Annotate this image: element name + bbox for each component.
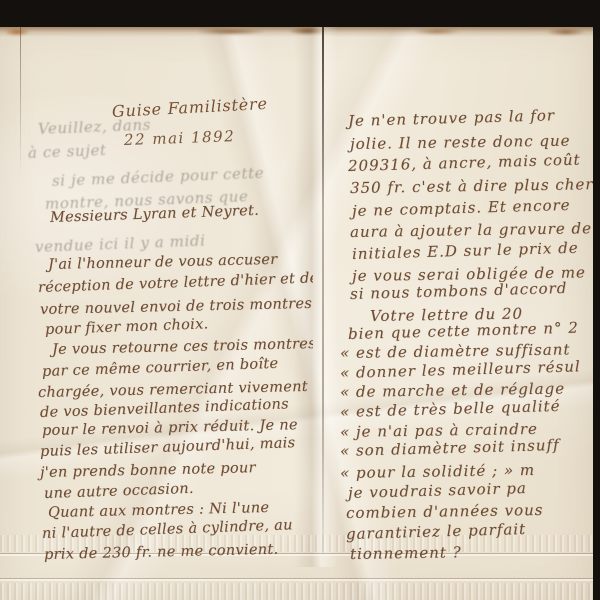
letter-line: je voudrais savoir pa bbox=[348, 479, 527, 502]
letter-line: 209316, à ancre, mais coût bbox=[348, 151, 581, 175]
letter-line: votre nouvel envoi de trois montres bbox=[40, 296, 312, 318]
letter-place-line: Guise Familistère bbox=[112, 94, 269, 121]
letter-line: je ne comptais. Et encore bbox=[352, 196, 571, 220]
pencil-line: si je me décide pour cette bbox=[52, 164, 265, 190]
letter-line: Je n'en trouve pas la for bbox=[348, 106, 555, 130]
rust-spot bbox=[196, 28, 266, 35]
rust-spot bbox=[4, 28, 30, 36]
letter-line: Je vous retourne ces trois montres bbox=[52, 336, 313, 358]
letter-date-line: 22 mai 1892 bbox=[124, 127, 236, 149]
letter-line: tionnement ? bbox=[350, 543, 462, 563]
letter-line: initiales E.D sur le prix de bbox=[352, 239, 579, 263]
letter-page-right: Je n'en trouve pas la for jolie. Il ne r… bbox=[326, 54, 593, 594]
letter-paper: Veuillez, dans à ce sujet si je me décid… bbox=[0, 27, 593, 600]
letter-line: ni l'autre de celles à cylindre, au bbox=[42, 517, 293, 542]
letter-page-left: Veuillez, dans à ce sujet si je me décid… bbox=[0, 54, 313, 594]
letter-line: aura à ajouter la gravure de bbox=[350, 219, 592, 241]
letter-line: Quant aux montres : Ni l'une bbox=[48, 500, 270, 521]
letter-line: puis les utiliser aujourd'hui, mais bbox=[40, 435, 296, 460]
letter-line: combien d'années vous bbox=[346, 501, 544, 522]
letter-line: pour fixer mon choix. bbox=[45, 316, 209, 338]
rust-spot bbox=[414, 28, 460, 35]
letter-line: jolie. Il ne reste donc que bbox=[350, 132, 571, 153]
letter-line: par ce même courrier, en boîte bbox=[42, 356, 279, 380]
letter-line: réception de votre lettre d'hier et de bbox=[38, 270, 313, 296]
letter-line: une autre occasion. bbox=[44, 481, 194, 502]
center-fold-line bbox=[322, 27, 324, 555]
letter-line: prix de 230 fr. ne me convient. bbox=[44, 542, 279, 563]
pencil-line: vendue ici il y a midi bbox=[35, 231, 206, 256]
photo-background: Veuillez, dans à ce sujet si je me décid… bbox=[0, 0, 600, 600]
letter-line: j'en prends bonne note pour bbox=[40, 460, 256, 481]
letter-line: J'ai l'honneur de vous accuser bbox=[48, 252, 278, 273]
rust-spot bbox=[546, 28, 586, 36]
pencil-line: à ce sujet bbox=[28, 141, 107, 162]
letter-line: garantiriez le parfait bbox=[346, 520, 527, 543]
letter-line: 350 fr. c'est à dire plus cher bbox=[350, 175, 593, 197]
